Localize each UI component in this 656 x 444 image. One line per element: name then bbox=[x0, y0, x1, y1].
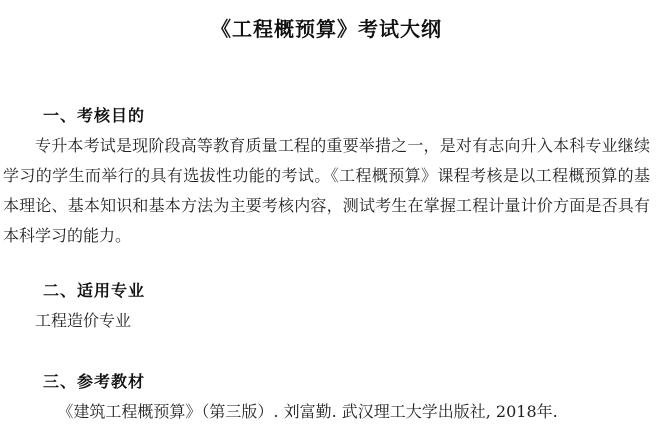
section-heading-reference-textbook: 三、参考教材 bbox=[3, 367, 650, 397]
paragraph-applicable-major: 工程造价专业 bbox=[3, 306, 650, 336]
section-applicable-major: 二、适用专业 工程造价专业 bbox=[3, 276, 650, 336]
section-reference-textbook: 三、参考教材 《建筑工程概预算》（第三版）. 刘富勤. 武汉理工大学出版社, 2… bbox=[3, 367, 650, 427]
paragraph-reference-textbook: 《建筑工程概预算》（第三版）. 刘富勤. 武汉理工大学出版社, 2018年. bbox=[3, 397, 650, 427]
section-heading-applicable-major: 二、适用专业 bbox=[3, 276, 650, 306]
paragraph-assessment-purpose: 专升本考试是现阶段高等教育质量工程的重要举措之一，是对有志向升入本科专业继续学习… bbox=[3, 131, 650, 251]
section-heading-assessment-purpose: 一、考核目的 bbox=[3, 101, 650, 131]
section-assessment-purpose: 一、考核目的 专升本考试是现阶段高等教育质量工程的重要举措之一，是对有志向升入本… bbox=[3, 101, 650, 251]
page-title: 《工程概预算》考试大纲 bbox=[3, 14, 650, 44]
document-page: 《工程概预算》考试大纲 一、考核目的 专升本考试是现阶段高等教育质量工程的重要举… bbox=[0, 0, 656, 444]
